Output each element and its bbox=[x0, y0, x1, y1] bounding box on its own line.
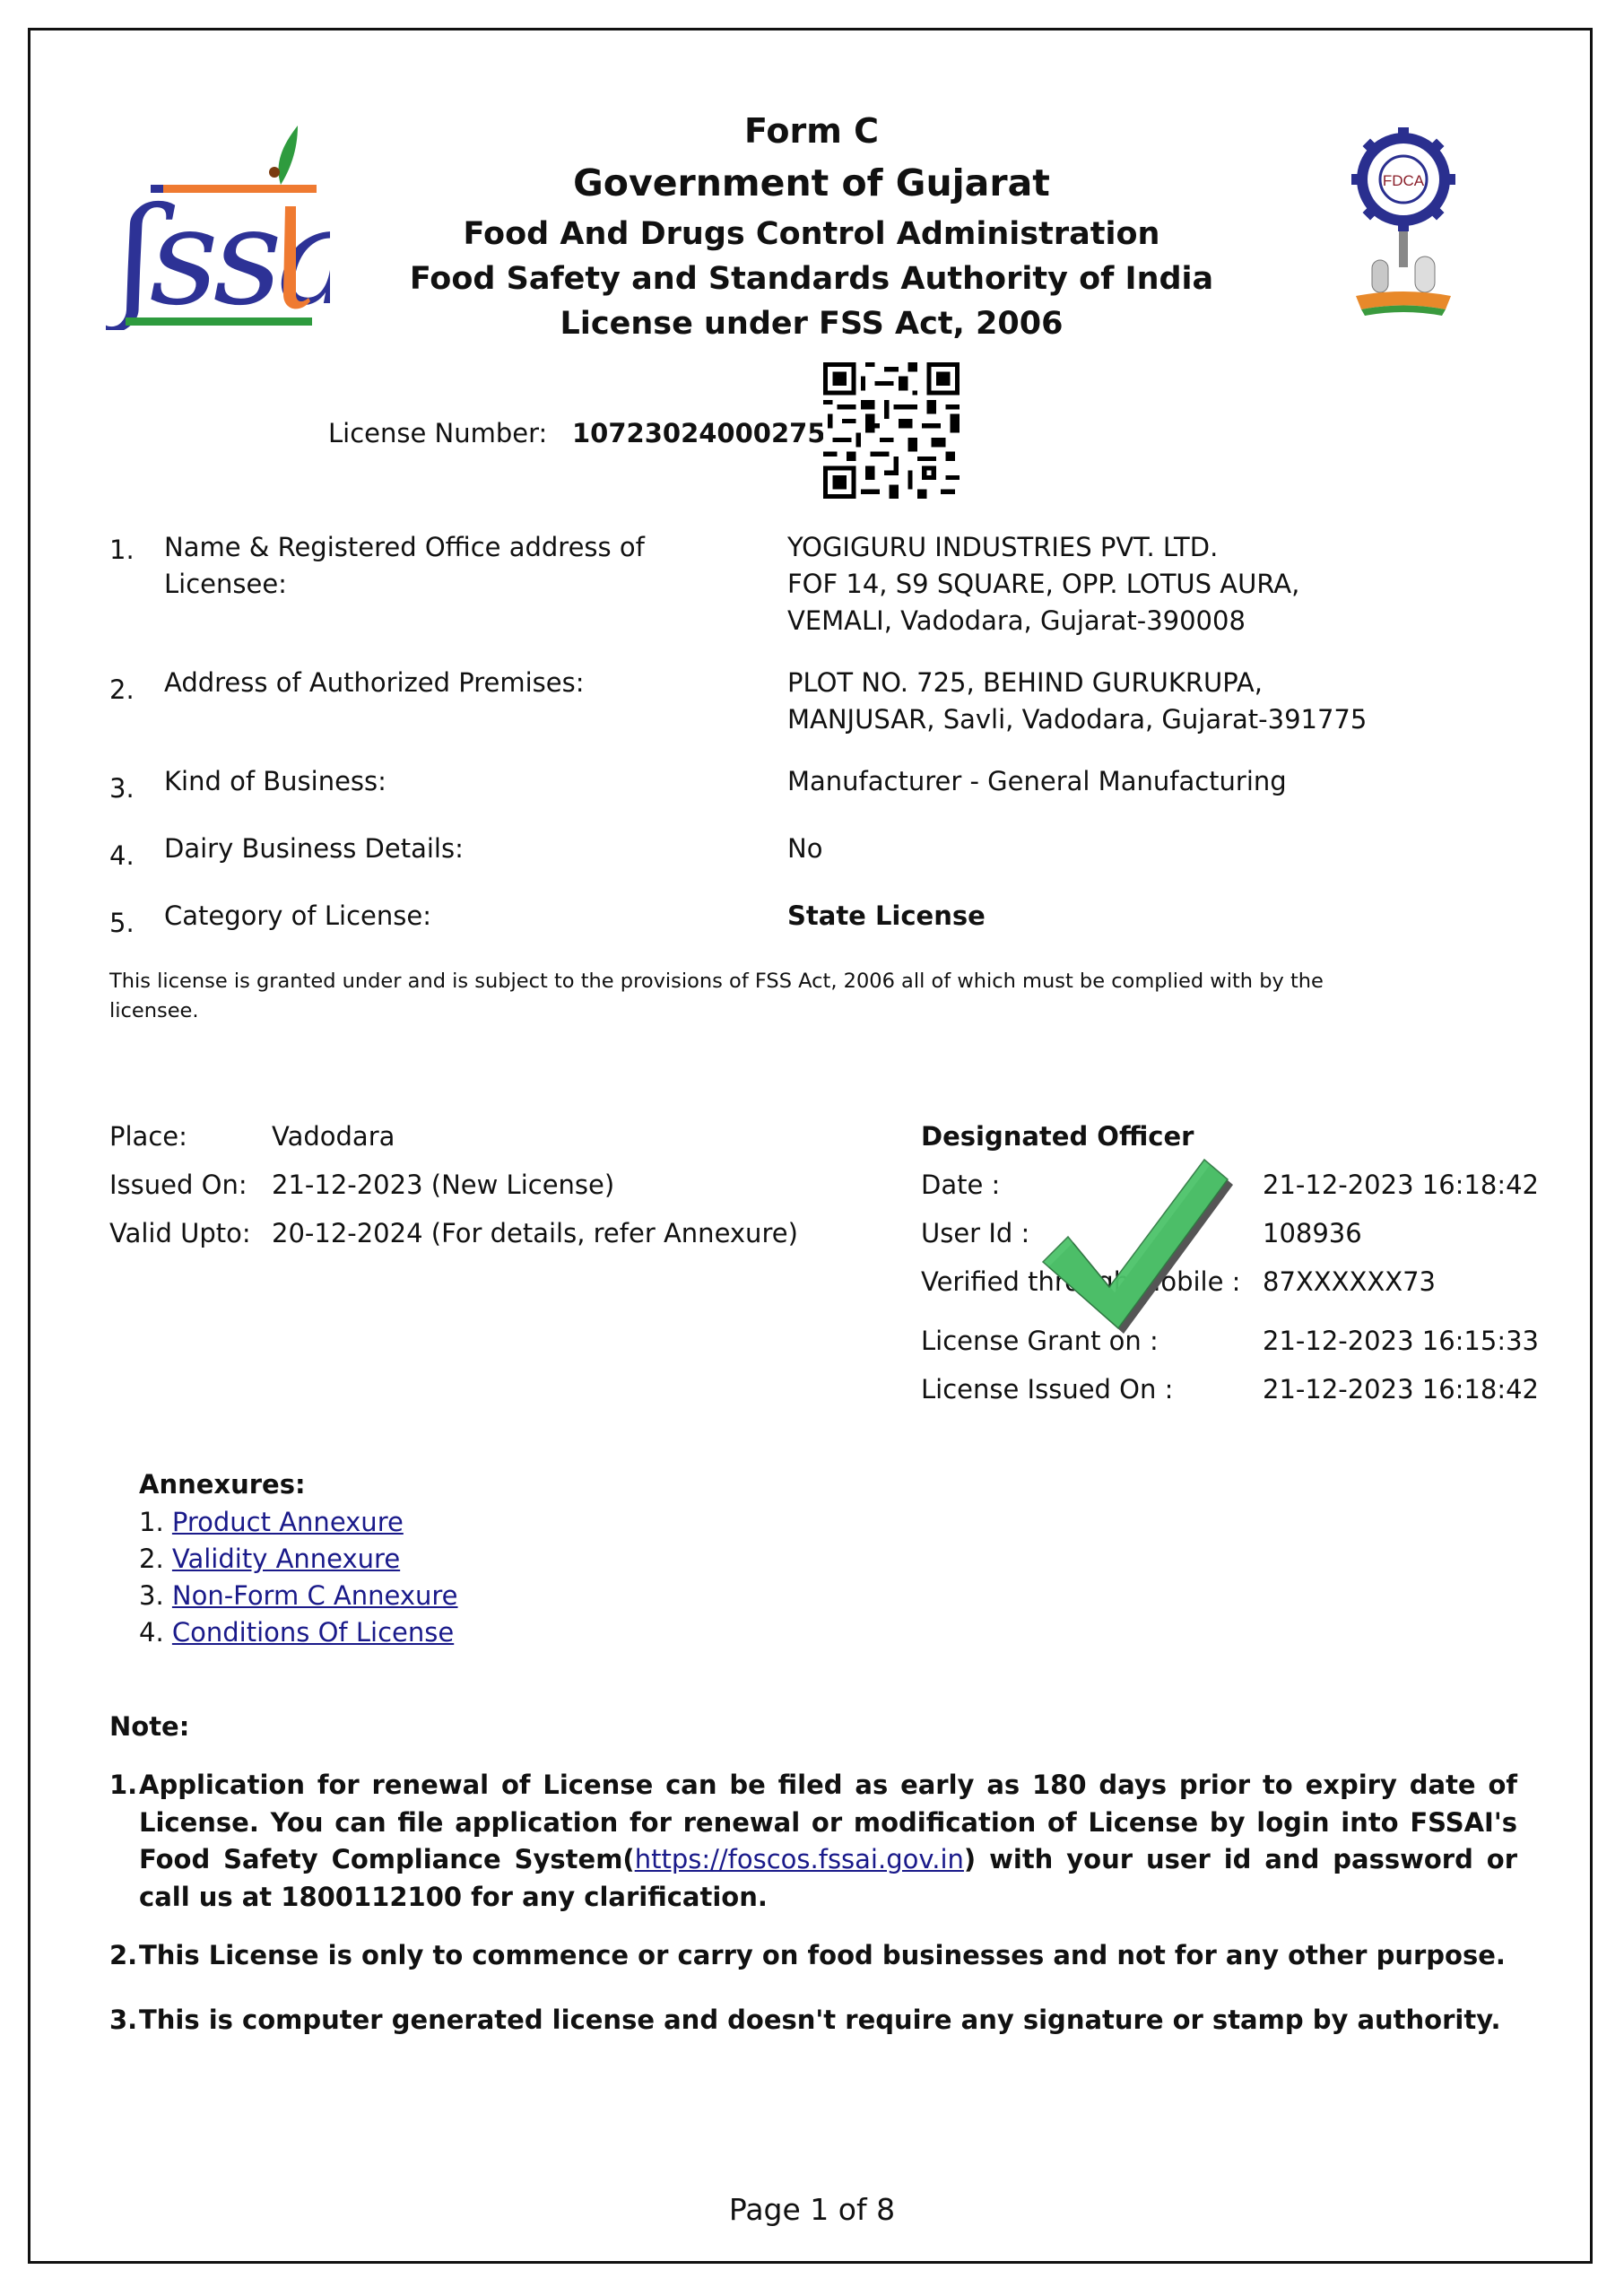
qr-code-icon bbox=[823, 362, 960, 499]
valid-value: 20-12-2024 (For details, refer Annexure) bbox=[272, 1218, 798, 1248]
field-label-premises: Address of Authorized Premises: bbox=[164, 665, 585, 701]
department-title: Food And Drugs Control Administration bbox=[359, 216, 1264, 252]
svg-text:FDCA: FDCA bbox=[1383, 172, 1425, 189]
field-number: 2. bbox=[109, 674, 135, 705]
validity-annexure-link[interactable]: Validity Annexure bbox=[172, 1544, 400, 1574]
officer-userid-value: 108936 bbox=[1263, 1218, 1362, 1248]
officer-date-label: Date : bbox=[921, 1170, 1000, 1200]
annexure-item: 1. Product Annexure bbox=[139, 1507, 404, 1537]
license-number-label: License Number: bbox=[328, 418, 547, 448]
field-value-premises-line2: MANJUSAR, Savli, Vadodara, Gujarat-39177… bbox=[787, 701, 1367, 738]
annexure-number: 3. bbox=[139, 1580, 164, 1611]
field-value-licensee-line3: VEMALI, Vadodara, Gujarat-390008 bbox=[787, 603, 1246, 639]
field-label-business: Kind of Business: bbox=[164, 763, 386, 800]
designated-officer-title: Designated Officer bbox=[921, 1121, 1194, 1152]
officer-mobile-label: Verified through Mobile : bbox=[921, 1266, 1240, 1297]
note-number: 2. bbox=[109, 1937, 137, 1975]
field-number: 5. bbox=[109, 908, 135, 938]
issued-value: 21-12-2023 (New License) bbox=[272, 1170, 614, 1200]
annexure-number: 4. bbox=[139, 1617, 164, 1648]
officer-mobile-value: 87XXXXXX73 bbox=[1263, 1266, 1436, 1297]
place-label: Place: bbox=[109, 1121, 187, 1152]
officer-issued-value: 21-12-2023 16:18:42 bbox=[1263, 1374, 1539, 1405]
field-label-category: Category of License: bbox=[164, 898, 431, 935]
field-value-licensee-line1: YOGIGURU INDUSTRIES PVT. LTD. bbox=[787, 529, 1218, 566]
note-text: This is computer generated license and d… bbox=[139, 2002, 1517, 2039]
annexure-item: 2. Validity Annexure bbox=[139, 1544, 400, 1574]
place-value: Vadodara bbox=[272, 1121, 395, 1152]
note-item-2: 2. This License is only to commence or c… bbox=[109, 1937, 1517, 1975]
valid-label: Valid Upto: bbox=[109, 1218, 251, 1248]
act-title: License under FSS Act, 2006 bbox=[359, 306, 1264, 342]
note-number: 3. bbox=[109, 2002, 137, 2039]
field-value-business: Manufacturer - General Manufacturing bbox=[787, 763, 1287, 800]
form-title: Form C bbox=[359, 111, 1264, 151]
field-number: 4. bbox=[109, 840, 135, 871]
annexures-title: Annexures: bbox=[139, 1469, 306, 1500]
conditions-of-license-link[interactable]: Conditions Of License bbox=[172, 1617, 454, 1648]
page-number: Page 1 of 8 bbox=[0, 2192, 1624, 2227]
non-form-c-annexure-link[interactable]: Non-Form C Annexure bbox=[172, 1580, 458, 1611]
fdca-logo: FDCA bbox=[1345, 126, 1462, 323]
annexure-item: 3. Non-Form C Annexure bbox=[139, 1580, 458, 1611]
field-number: 3. bbox=[109, 773, 135, 804]
grant-note: This license is granted under and is sub… bbox=[109, 967, 1365, 1026]
note-title: Note: bbox=[109, 1711, 189, 1742]
fssai-logo: ʃssa bbox=[106, 106, 330, 330]
product-annexure-link[interactable]: Product Annexure bbox=[172, 1507, 404, 1537]
note-text: This License is only to commence or carr… bbox=[139, 1937, 1517, 1975]
annexure-number: 2. bbox=[139, 1544, 164, 1574]
annexure-number: 1. bbox=[139, 1507, 164, 1537]
annexure-item: 4. Conditions Of License bbox=[139, 1617, 454, 1648]
page-border bbox=[28, 28, 1593, 2264]
officer-grant-label: License Grant on : bbox=[921, 1326, 1159, 1356]
officer-issued-label: License Issued On : bbox=[921, 1374, 1173, 1405]
field-value-dairy: No bbox=[787, 831, 822, 867]
field-value-category: State License bbox=[787, 898, 986, 935]
note-number: 1. bbox=[109, 1767, 137, 1805]
field-value-licensee-line2: FOF 14, S9 SQUARE, OPP. LOTUS AURA, bbox=[787, 566, 1299, 603]
field-label-licensee: Name & Registered Office address of Lice… bbox=[164, 529, 666, 603]
government-title: Government of Gujarat bbox=[359, 161, 1264, 204]
field-number: 1. bbox=[109, 535, 135, 565]
officer-date-value: 21-12-2023 16:18:42 bbox=[1263, 1170, 1539, 1200]
field-value-premises-line1: PLOT NO. 725, BEHIND GURUKRUPA, bbox=[787, 665, 1263, 701]
foscos-link[interactable]: https://foscos.fssai.gov.in bbox=[635, 1844, 964, 1874]
note-item-1: 1. Application for renewal of License ca… bbox=[109, 1767, 1517, 1916]
note-text: Application for renewal of License can b… bbox=[139, 1767, 1517, 1916]
authority-title: Food Safety and Standards Authority of I… bbox=[359, 261, 1264, 297]
officer-userid-label: User Id : bbox=[921, 1218, 1029, 1248]
issued-label: Issued On: bbox=[109, 1170, 248, 1200]
note-item-3: 3. This is computer generated license an… bbox=[109, 2002, 1517, 2039]
license-number: 10723024000275 bbox=[572, 418, 826, 448]
field-label-dairy: Dairy Business Details: bbox=[164, 831, 464, 867]
officer-grant-value: 21-12-2023 16:15:33 bbox=[1263, 1326, 1539, 1356]
